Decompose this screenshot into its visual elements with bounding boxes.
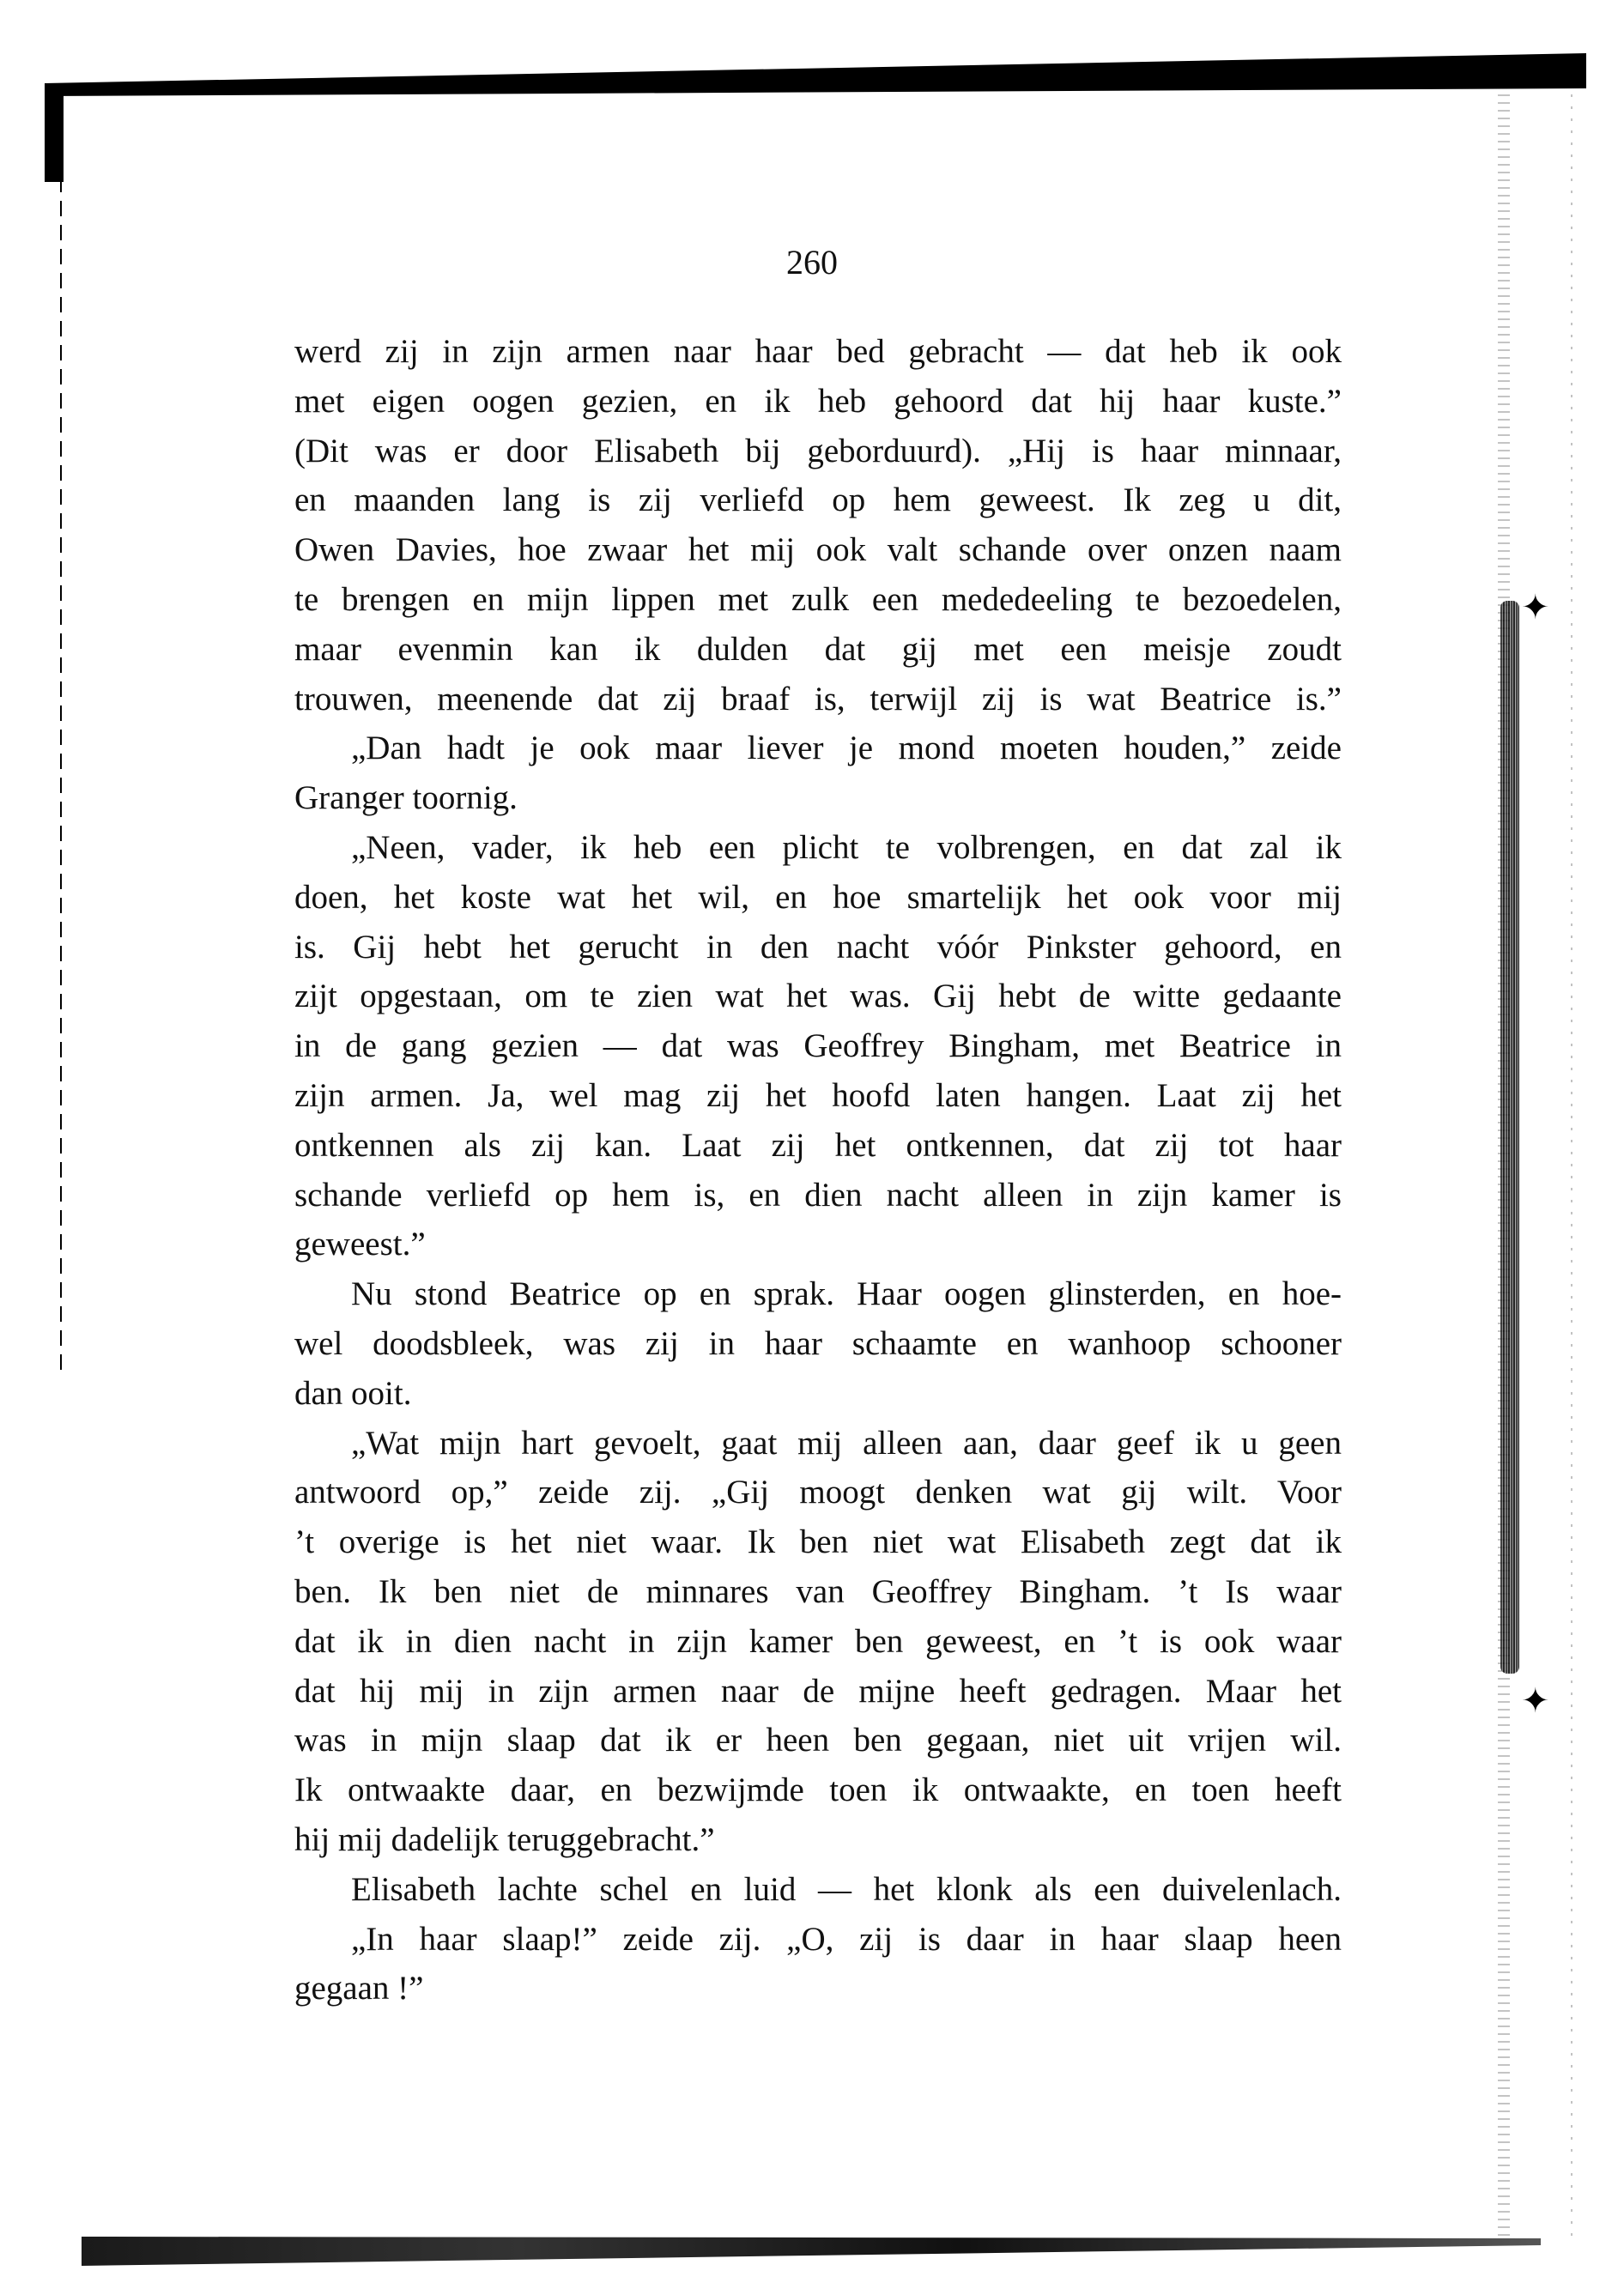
text-line: „Dan hadt je ook maar liever je mond moe… — [294, 724, 1342, 773]
text-line: maar evenmin kan ik dulden dat gij met e… — [294, 625, 1342, 675]
text-line: ’t overige is het niet waar. Ik ben niet… — [294, 1517, 1342, 1567]
text-line: wel doodsbleek, was zij in haar schaamte… — [294, 1319, 1342, 1369]
text-line: trouwen, meenende dat zij braaf is, terw… — [294, 675, 1342, 724]
text-line: „In haar slaap!” zeide zij. „O, zij is d… — [294, 1915, 1342, 1965]
text-line: was in mijn slaap dat ik er heen ben geg… — [294, 1716, 1342, 1765]
body-text: werd zij in zijn armen naar haar bed geb… — [294, 327, 1342, 2013]
text-line: ben. Ik ben niet de minnares van Geoffre… — [294, 1567, 1342, 1617]
text-line: te brengen en mijn lippen met zulk een m… — [294, 575, 1342, 625]
binding-mark-icon: ✦ — [1521, 1684, 1550, 1718]
text-line: is. Gij hebt het gerucht in den nacht vó… — [294, 923, 1342, 972]
text-line: doen, het koste wat het wil, en hoe smar… — [294, 873, 1342, 923]
text-line: dat ik in dien nacht in zijn kamer ben g… — [294, 1617, 1342, 1667]
text-line: zijn armen. Ja, wel mag zij het hoofd la… — [294, 1071, 1342, 1121]
text-line: zijt opgestaan, om te zien wat het was. … — [294, 972, 1342, 1021]
text-line: (Dit was er door Elisabeth bij geborduur… — [294, 427, 1342, 476]
text-line: Ik ontwaakte daar, en bezwijmde toen ik … — [294, 1765, 1342, 1815]
scan-edge-top — [45, 53, 1586, 96]
binding-mark-icon: ✦ — [1521, 590, 1550, 625]
text-line: Granger toornig. — [294, 773, 1342, 823]
text-line: hij mij dadelijk teruggebracht.” — [294, 1815, 1342, 1865]
scan-edge-bottom — [82, 2231, 1541, 2266]
scan-edge-right — [1571, 94, 1572, 2240]
page-number: 260 — [0, 242, 1624, 282]
text-line: en maanden lang is zij verliefd op hem g… — [294, 475, 1342, 525]
text-line: in de gang gezien — dat was Geoffrey Bin… — [294, 1021, 1342, 1071]
text-line: „Wat mijn hart gevoelt, gaat mij alleen … — [294, 1419, 1342, 1468]
text-line: gegaan !” — [294, 1964, 1342, 2013]
text-line: „Neen, vader, ik heb een plicht te volbr… — [294, 823, 1342, 873]
text-line: schande verliefd op hem is, en dien nach… — [294, 1171, 1342, 1220]
text-line: dan ooit. — [294, 1369, 1342, 1419]
text-line: Elisabeth lachte schel en luid — het klo… — [294, 1865, 1342, 1915]
text-line: Nu stond Beatrice op en sprak. Haar ooge… — [294, 1269, 1342, 1319]
scan-edge-right-band — [1500, 601, 1519, 1674]
text-line: dat hij mij in zijn armen naar de mijne … — [294, 1667, 1342, 1717]
text-line: Owen Davies, hoe zwaar het mij ook valt … — [294, 525, 1342, 575]
text-line: geweest.” — [294, 1220, 1342, 1269]
text-line: antwoord op,” zeide zij. „Gij moogt denk… — [294, 1468, 1342, 1517]
text-line: werd zij in zijn armen naar haar bed geb… — [294, 327, 1342, 377]
scan-edge-left — [60, 129, 62, 1373]
text-line: ontkennen als zij kan. Laat zij het ontk… — [294, 1121, 1342, 1171]
text-line: met eigen oogen gezien, en ik heb gehoor… — [294, 377, 1342, 427]
scanned-page: ✦ ✦ 260 werd zij in zijn armen naar haar… — [0, 0, 1624, 2295]
